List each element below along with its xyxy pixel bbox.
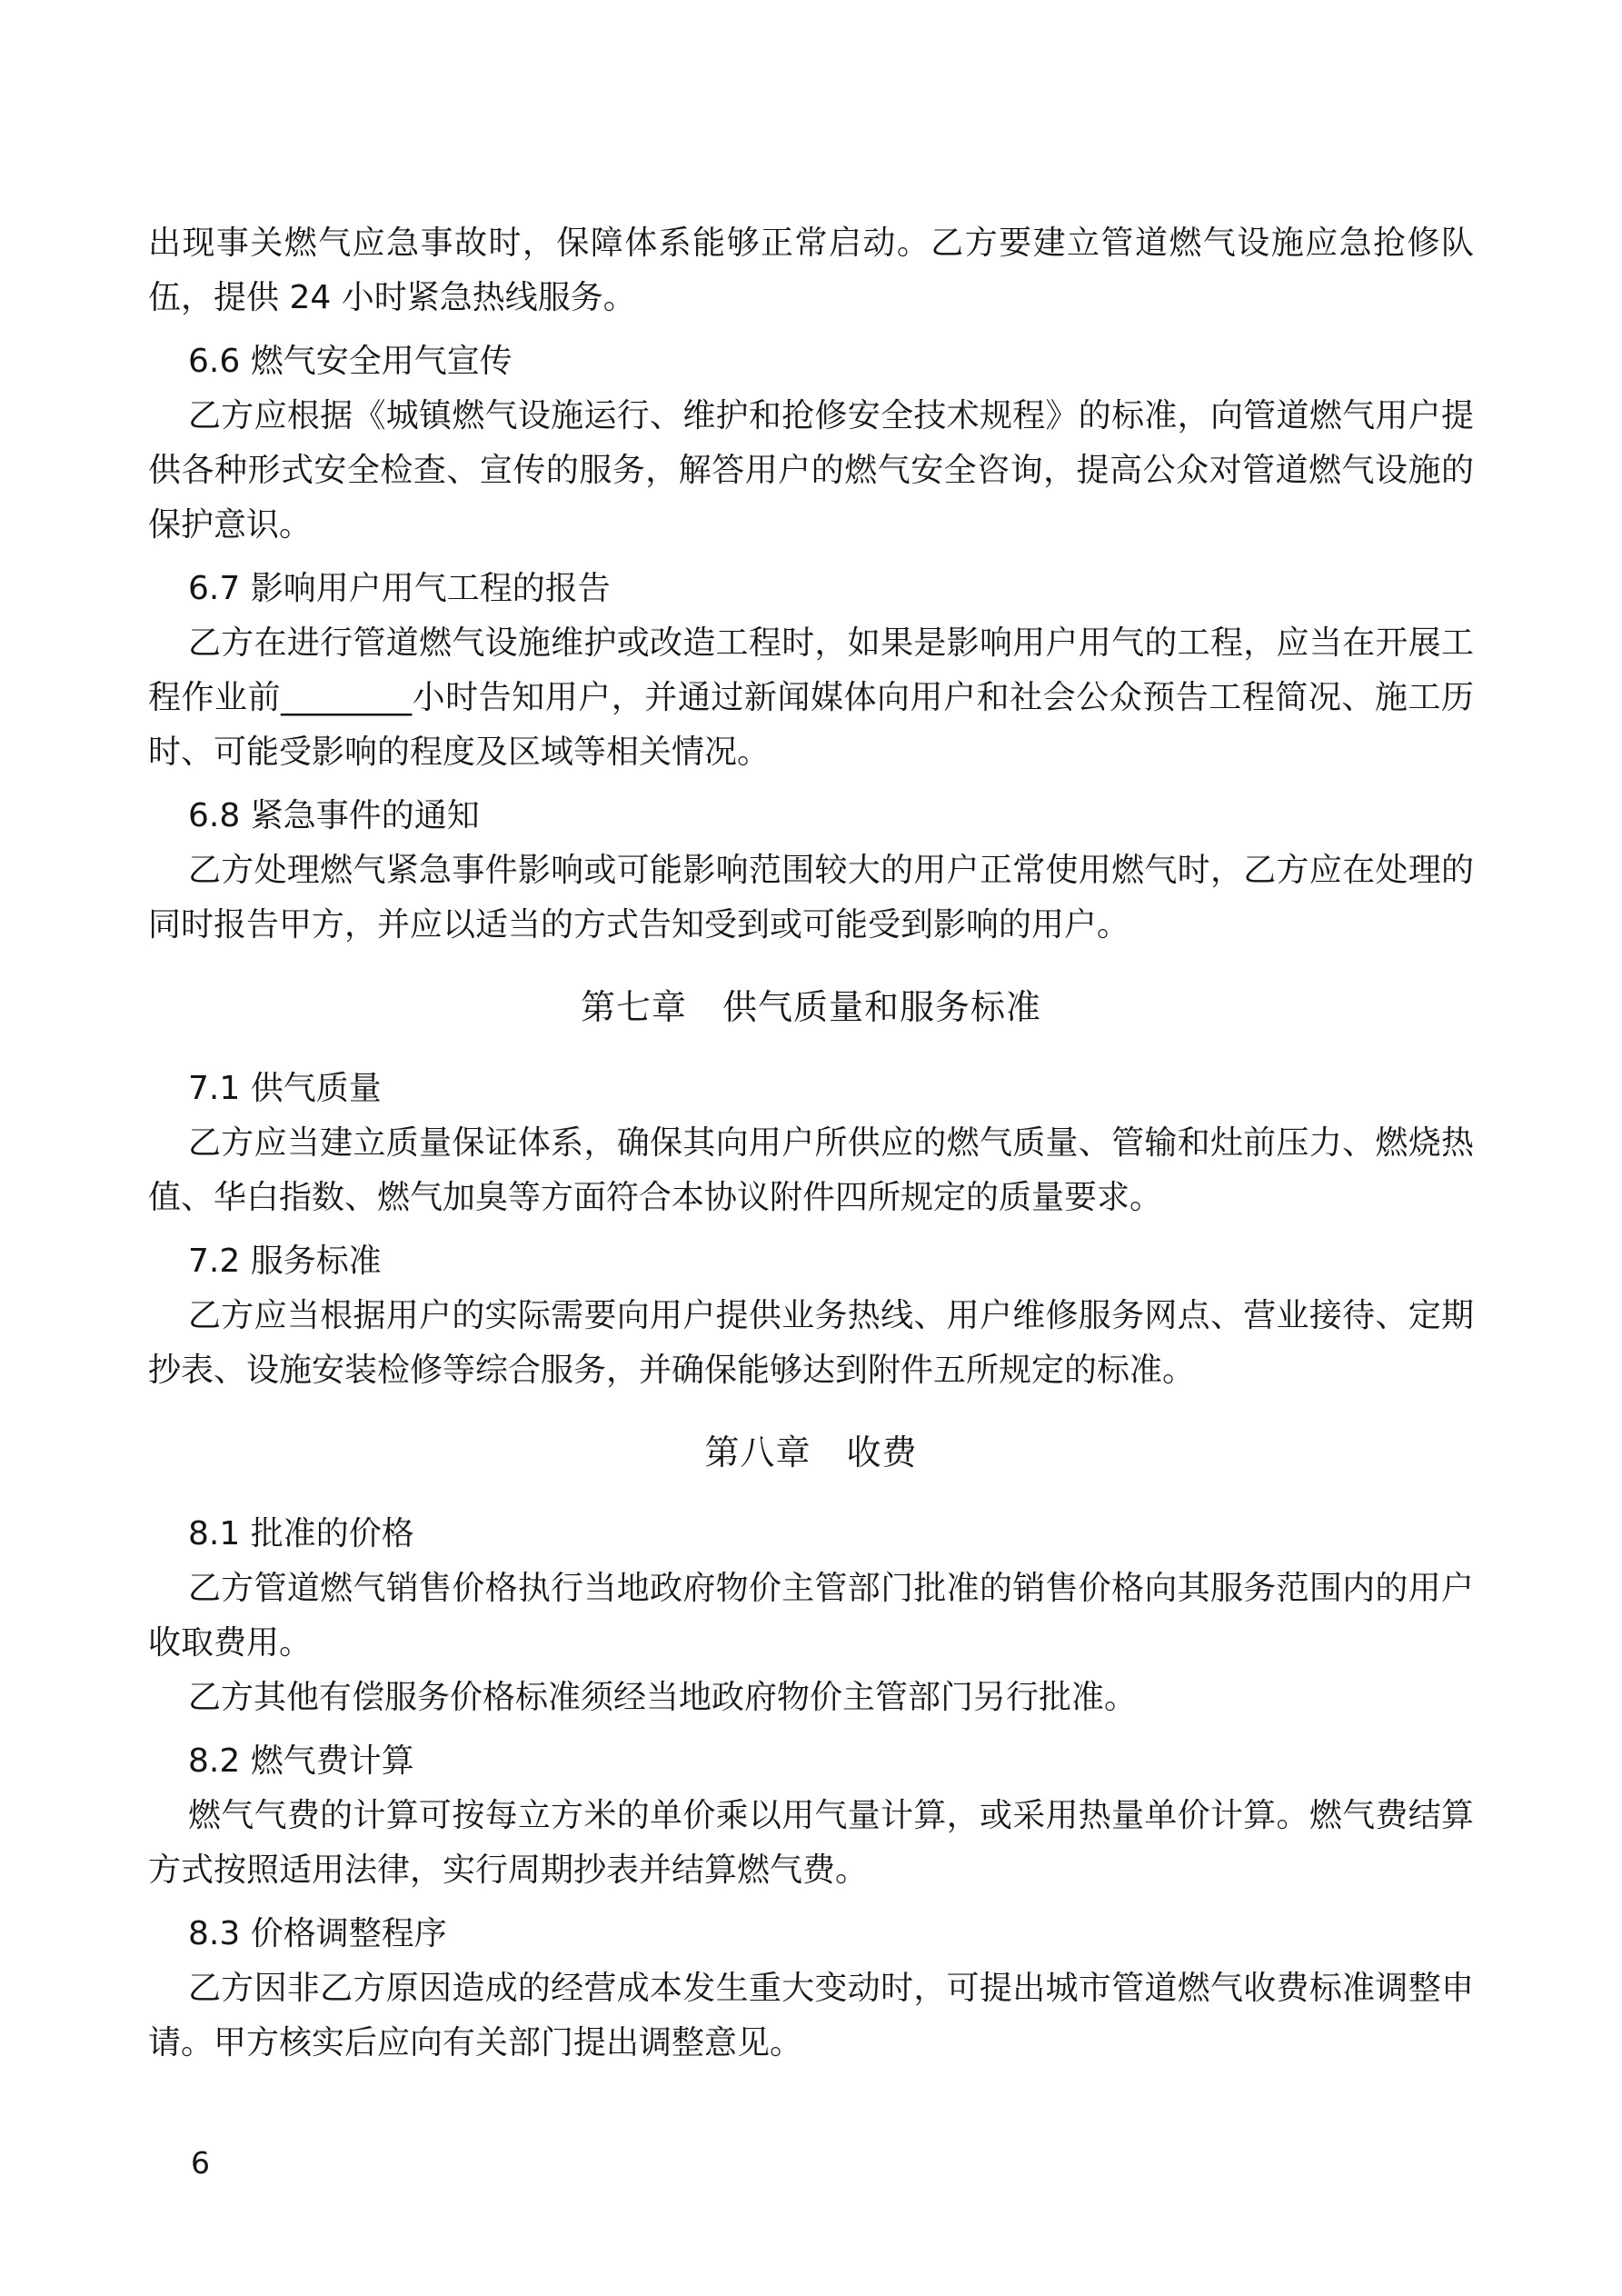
document-page: 出现事关燃气应急事故时，保障体系能够正常启动。乙方要建立管道燃气设施应急抢修队伍… [0,0,1622,2296]
paragraph-8-1-body: 乙方管道燃气销售价格执行当地政府物价主管部门批准的销售价格向其服务范围内的用户收… [148,1562,1474,1671]
paragraph-6-5-continuation: 出现事关燃气应急事故时，保障体系能够正常启动。乙方要建立管道燃气设施应急抢修队伍… [148,216,1474,325]
section-title-6-6: 6.6 燃气安全用气宣传 [148,334,1474,389]
paragraph-6-6-body: 乙方应根据《城镇燃气设施运行、维护和抢修安全技术规程》的标准，向管道燃气用户提供… [148,389,1474,553]
section-title-8-1: 8.1 批准的价格 [148,1507,1474,1562]
paragraph-7-1-body: 乙方应当建立质量保证体系，确保其向用户所供应的燃气质量、管输和灶前压力、燃烧热值… [148,1116,1474,1225]
section-title-6-7: 6.7 影响用户用气工程的报告 [148,562,1474,616]
section-title-8-2: 8.2 燃气费计算 [148,1734,1474,1789]
chapter-heading-8: 第八章 收费 [148,1425,1474,1480]
section-title-7-2: 7.2 服务标准 [148,1234,1474,1289]
paragraph-6-7-body: 乙方在进行管道燃气设施维护或改造工程时，如果是影响用户用气的工程，应当在开展工程… [148,616,1474,780]
paragraph-8-3-body: 乙方因非乙方原因造成的经营成本发生重大变动时，可提出城市管道燃气收费标准调整申请… [148,1962,1474,2071]
document-body: 出现事关燃气应急事故时，保障体系能够正常启动。乙方要建立管道燃气设施应急抢修队伍… [148,216,1474,2071]
section-title-7-1: 7.1 供气质量 [148,1062,1474,1116]
page-number: 6 [191,2145,210,2181]
section-title-6-8: 6.8 紧急事件的通知 [148,789,1474,844]
chapter-heading-7: 第七章 供气质量和服务标准 [148,980,1474,1034]
paragraph-7-2-body: 乙方应当根据用户的实际需要向用户提供业务热线、用户维修服务网点、营业接待、定期抄… [148,1289,1474,1398]
section-title-8-3: 8.3 价格调整程序 [148,1907,1474,1962]
paragraph-8-2-body: 燃气气费的计算可按每立方米的单价乘以用气量计算，或采用热量单价计算。燃气费结算方… [148,1789,1474,1898]
paragraph-6-8-body: 乙方处理燃气紧急事件影响或可能影响范围较大的用户正常使用燃气时，乙方应在处理的同… [148,844,1474,953]
paragraph-8-1-body-2: 乙方其他有偿服务价格标准须经当地政府物价主管部门另行批准。 [148,1671,1474,1725]
